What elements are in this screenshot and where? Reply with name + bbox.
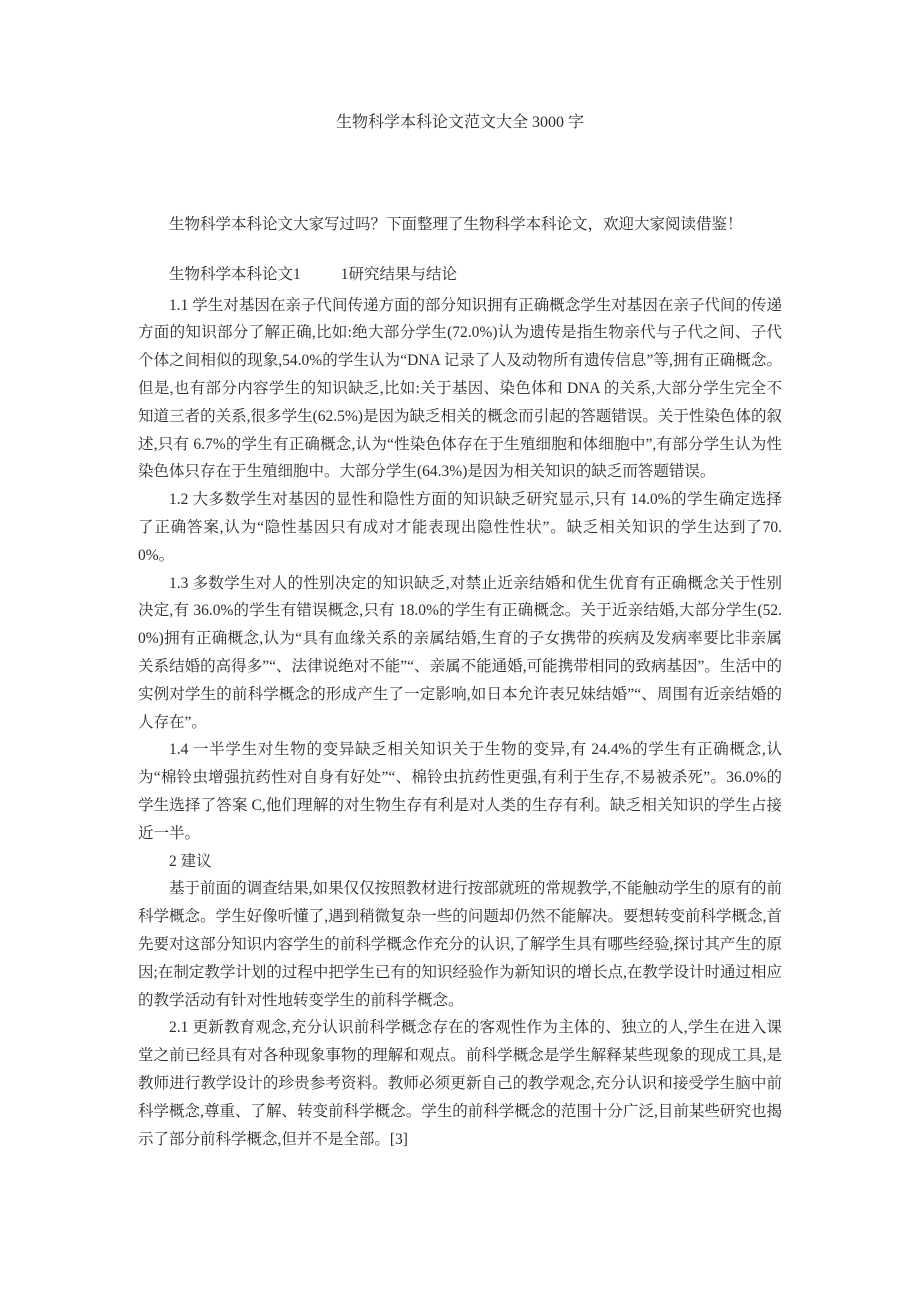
paragraph-1-2: 1.2 大多数学生对基因的显性和隐性方面的知识缺乏研究显示,只有 14.0%的学… [138, 486, 782, 569]
paragraph-1-4: 1.4 一半学生对生物的变异缺乏相关知识关于生物的变异,有 24.4%的学生有正… [138, 736, 782, 847]
document-text-area: 生物科学本科论文范文大全 3000 字 生物科学本科论文大家写过吗？下面整理了生… [138, 0, 782, 1153]
section-heading-left: 生物科学本科论文1 [169, 266, 301, 283]
paragraph-2-body: 基于前面的调查结果,如果仅仅按照教材进行按部就班的常规教学,不能触动学生的原有的… [138, 875, 782, 1014]
document-title: 生物科学本科论文范文大全 3000 字 [138, 0, 782, 137]
body-paragraphs: 1.1 学生对基因在亲子代间传递方面的部分知识拥有正确概念学生对基因在亲子代间的… [138, 292, 782, 1154]
paragraph-2-heading: 2 建议 [138, 848, 782, 876]
intro-paragraph: 生物科学本科论文大家写过吗？下面整理了生物科学本科论文，欢迎大家阅读借鉴！ [138, 211, 782, 239]
section-heading-right: 1研究结果与结论 [341, 266, 457, 283]
paragraph-1-1: 1.1 学生对基因在亲子代间传递方面的部分知识拥有正确概念学生对基因在亲子代间的… [138, 292, 782, 487]
section-heading: 生物科学本科论文11研究结果与结论 [138, 261, 782, 289]
document-page: 生物科学本科论文范文大全 3000 字 生物科学本科论文大家写过吗？下面整理了生… [0, 0, 920, 1302]
paragraph-1-3: 1.3 多数学生对人的性别决定的知识缺乏,对禁止近亲结婚和优生优育有正确概念关于… [138, 570, 782, 737]
paragraph-2-1: 2.1 更新教育观念,充分认识前科学概念存在的客观性作为主体的、独立的人,学生在… [138, 1014, 782, 1153]
